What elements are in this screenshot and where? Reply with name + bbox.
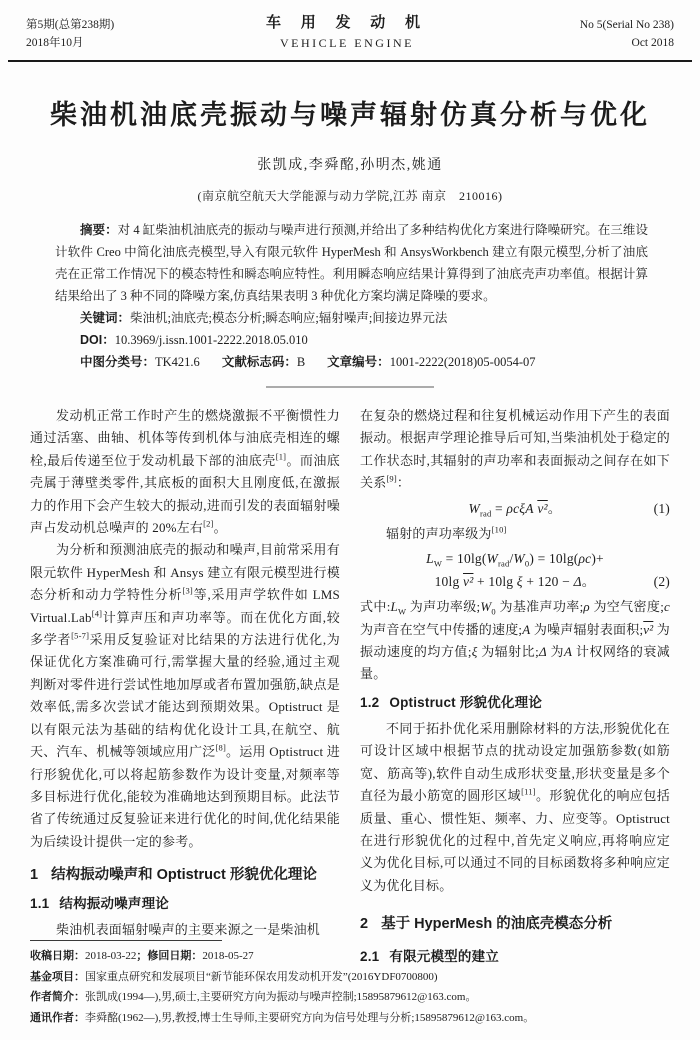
corresponding-author-line: 通讯作者：李舜酩(1962—),男,教授,博士生导师,主要研究方向为信号处理与分… <box>30 1008 670 1029</box>
paragraph: 柴油机表面辐射噪声的主要来源之一是柴油机 <box>30 919 340 941</box>
keywords-label: 关键词： <box>80 311 130 325</box>
meta-block: 摘要：对 4 缸柴油机油底壳的振动与噪声进行预测,并给出了多种结构优化方案进行降… <box>55 219 648 373</box>
abstract: 摘要：对 4 缸柴油机油底壳的振动与噪声进行预测,并给出了多种结构优化方案进行降… <box>55 219 648 307</box>
author-bio-line: 作者简介：张凯成(1994—),男,硕士,主要研究方向为振动与噪声控制;1589… <box>30 987 670 1008</box>
fund-value: 国家重点研究和发展项目“新节能环保农用发动机开发”(2016YDF0700800… <box>85 971 438 983</box>
article-title: 柴油机油底壳振动与噪声辐射仿真分析与优化 <box>30 98 670 132</box>
received-value: 2018-03-22 <box>85 950 136 962</box>
equation-line: LW = 10lg(Wrad/W0) = 10lg(ρc)+ <box>360 548 670 570</box>
article-body: 发动机正常工作时产生的燃烧激振不平衡惯性力通过活塞、曲轴、机体等传到机体与油底壳… <box>30 405 670 971</box>
authors-line: 张凯成,李舜酩,孙明杰,姚通 <box>0 154 700 174</box>
journal-name-cn: 车 用 发 动 机 <box>266 14 428 32</box>
keywords: 关键词：柴油机;油底壳;模态分析;瞬态响应;辐射噪声;间接边界元法 <box>55 307 648 329</box>
doc-code-value: B <box>297 355 305 369</box>
journal-name-en: VEHICLE ENGINE <box>266 34 428 52</box>
header-serial-info: No 5(Serial No 238) Oct 2018 <box>580 16 674 52</box>
received-revised-line: 收稿日期：2018-03-22；修回日期：2018-05-27 <box>30 946 670 967</box>
bio-label: 作者简介： <box>30 991 85 1003</box>
journal-article-page: 第5期(总第238期) 2018年10月 车 用 发 动 机 VEHICLE E… <box>0 0 700 1040</box>
section-heading-1-2: 1.2Optistruct 形貌优化理论 <box>360 693 670 713</box>
classification-line: 中图分类号：TK421.6文献标志码：B文章编号：1001-2222(2018)… <box>55 351 648 373</box>
left-column: 发动机正常工作时产生的燃烧激振不平衡惯性力通过活塞、曲轴、机体等传到机体与油底壳… <box>30 405 340 971</box>
fund-line: 基金项目：国家重点研究和发展项目“新节能环保农用发动机开发”(2016YDF07… <box>30 967 670 988</box>
issue-number-cn: 第5期(总第238期) <box>26 16 114 34</box>
paragraph: 式中:LW 为声功率级;W0 为基准声功率;ρ 为空气密度;c 为声音在空气中传… <box>360 596 670 686</box>
paragraph: 为分析和预测油底壳的振动和噪声,目前常采用有限元软件 HyperMesh 和 A… <box>30 539 340 853</box>
issue-number-en: No 5(Serial No 238) <box>580 16 674 34</box>
paragraph: 在复杂的燃烧过程和往复机械运动作用下产生的表面振动。根据声学理论推导后可知,当柴… <box>360 405 670 495</box>
equation-line: 10lg v² + 10lg ξ + 120 − Δ。 <box>360 571 670 593</box>
clc-label: 中图分类号： <box>80 355 155 369</box>
journal-header: 第5期(总第238期) 2018年10月 车 用 发 动 机 VEHICLE E… <box>8 0 692 62</box>
section-number: 1.2 <box>360 695 379 710</box>
footnote-block: 收稿日期：2018-03-22；修回日期：2018-05-27 基金项目：国家重… <box>30 940 670 1028</box>
doi-label: DOI： <box>80 333 115 347</box>
corr-label: 通讯作者： <box>30 1012 85 1024</box>
abstract-body-divider <box>266 386 434 388</box>
section-title: 结构振动噪声理论 <box>59 896 169 911</box>
doc-code-label: 文献标志码： <box>222 355 297 369</box>
equation-1: Wrad = ρcξA v²。(1) <box>360 498 670 520</box>
paragraph: 不同于拓扑优化采用删除材料的方法,形貌优化在可设计区域中根据节点的扰动设定加强筋… <box>360 718 670 897</box>
header-issue-info: 第5期(总第238期) 2018年10月 <box>26 16 114 52</box>
received-label: 收稿日期： <box>30 950 85 962</box>
doi-line: DOI：10.3969/j.issn.1001-2222.2018.05.010 <box>55 329 648 351</box>
paragraph: 辐射的声功率级为[10] <box>360 523 670 545</box>
section-number: 2 <box>360 916 368 932</box>
equation-number: (2) <box>654 571 670 593</box>
equation-body: Wrad = ρcξA v²。 <box>469 501 562 516</box>
bio-value: 张凯成(1994—),男,硕士,主要研究方向为振动与噪声控制;158958796… <box>85 991 476 1003</box>
corr-value: 李舜酩(1962—),男,教授,博士生导师,主要研究方向为信号处理与分析;158… <box>85 1012 534 1024</box>
paragraph: 发动机正常工作时产生的燃烧激振不平衡惯性力通过活塞、曲轴、机体等传到机体与油底壳… <box>30 405 340 539</box>
revised-label: 修回日期： <box>147 950 202 962</box>
section-title: 基于 HyperMesh 的油底壳模态分析 <box>381 916 612 932</box>
section-heading-2: 2基于 HyperMesh 的油底壳模态分析 <box>360 913 670 935</box>
article-no-value: 1001-2222(2018)05-0054-07 <box>390 355 536 369</box>
article-no-label: 文章编号： <box>327 355 390 369</box>
clc-value: TK421.6 <box>155 355 200 369</box>
equation-number: (1) <box>654 498 670 520</box>
section-heading-1-1: 1.1结构振动噪声理论 <box>30 894 340 914</box>
section-number: 1 <box>30 867 38 883</box>
section-title: 结构振动噪声和 Optistruct 形貌优化理论 <box>51 867 317 883</box>
journal-name-block: 车 用 发 动 机 VEHICLE ENGINE <box>266 14 428 52</box>
issue-date-cn: 2018年10月 <box>26 34 114 52</box>
revised-value: 2018-05-27 <box>202 950 253 962</box>
section-title: Optistruct 形貌优化理论 <box>389 695 542 710</box>
separator: ； <box>136 950 147 962</box>
fund-label: 基金项目： <box>30 971 85 983</box>
affiliation-line: (南京航空航天大学能源与动力学院,江苏 南京 210016) <box>0 187 700 204</box>
abstract-label: 摘要： <box>80 223 118 237</box>
section-heading-1: 1结构振动噪声和 Optistruct 形貌优化理论 <box>30 864 340 886</box>
section-number: 1.1 <box>30 896 49 911</box>
footnote-rule <box>30 940 222 941</box>
abstract-text: 对 4 缸柴油机油底壳的振动与噪声进行预测,并给出了多种结构优化方案进行降噪研究… <box>55 223 648 303</box>
doi-value: 10.3969/j.issn.1001-2222.2018.05.010 <box>115 333 308 347</box>
equation-2: LW = 10lg(Wrad/W0) = 10lg(ρc)+ 10lg v² +… <box>360 548 670 593</box>
keywords-text: 柴油机;油底壳;模态分析;瞬态响应;辐射噪声;间接边界元法 <box>130 311 447 325</box>
right-column: 在复杂的燃烧过程和往复机械运动作用下产生的表面振动。根据声学理论推导后可知,当柴… <box>360 405 670 971</box>
issue-date-en: Oct 2018 <box>580 34 674 52</box>
